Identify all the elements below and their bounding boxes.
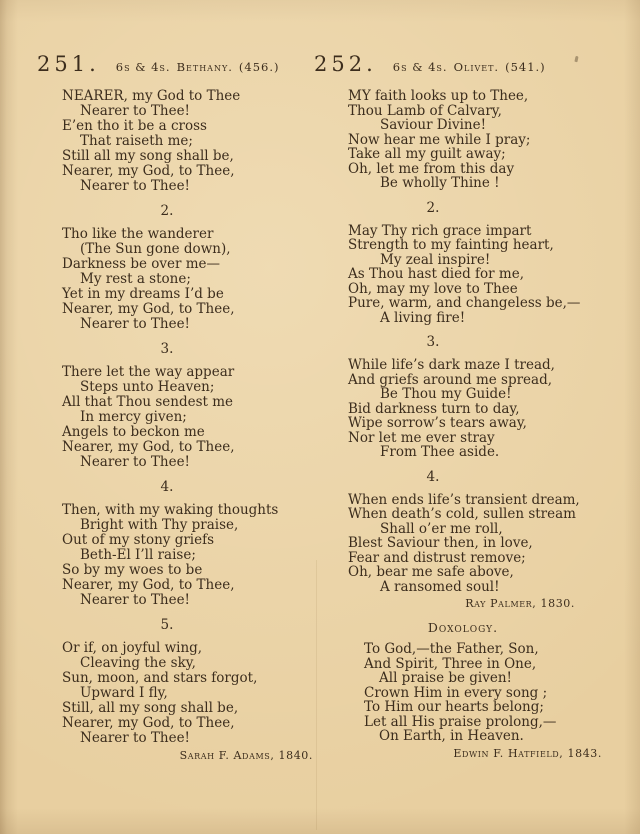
- verse-line: There let the way appear: [62, 365, 321, 380]
- verse-line: Blest Saviour then, in love,: [348, 536, 620, 551]
- doxology-line: To God,—the Father, Son,: [364, 642, 620, 657]
- verse-line: My rest a stone;: [62, 272, 321, 287]
- verse-number: 3.: [62, 342, 272, 357]
- doxology-lines: To God,—the Father, Son,And Spirit, Thre…: [314, 642, 620, 744]
- verse-number: 2.: [62, 204, 272, 219]
- tune-reference: (456.): [239, 60, 280, 74]
- verse-line: Darkness be over me—: [62, 257, 321, 272]
- verse-line: Out of my stony griefs: [62, 533, 321, 548]
- verse-line: A living fire!: [348, 311, 620, 326]
- doxology-attribution: Edwin F. Hatfield, 1843.: [314, 747, 620, 760]
- tune-name: Olivet.: [454, 60, 500, 74]
- verse-line: NEARER, my God to Thee: [62, 89, 321, 104]
- hymn-column-left: 251.6s & 4s.Bethany.(456.) NEARER, my Go…: [37, 52, 321, 762]
- verse-line: Bright with Thy praise,: [62, 518, 321, 533]
- verse-line: Wipe sorrow’s tears away,: [348, 416, 620, 431]
- hymn-column-right: 252.6s & 4s.Olivet.(541.) MY faith looks…: [314, 52, 620, 760]
- verse-line: Nearer, my God, to Thee,: [62, 164, 321, 179]
- verse-line: May Thy rich grace impart: [348, 224, 620, 239]
- verse-line: Nearer to Thee!: [62, 731, 321, 746]
- doxology-line: All praise be given!: [364, 671, 620, 686]
- tune-reference: (541.): [505, 60, 546, 74]
- verse: When ends life’s transient dream,When de…: [348, 493, 620, 595]
- verse-line: Oh, bear me safe above,: [348, 565, 620, 580]
- verse-line: Fear and distrust remove;: [348, 551, 620, 566]
- verse-line: That raiseth me;: [62, 134, 321, 149]
- verse-line: Upward I fly,: [62, 686, 321, 701]
- verse: Tho like the wanderer(The Sun gone down)…: [62, 227, 321, 332]
- verse-line: A ransomed soul!: [348, 580, 620, 595]
- verse-line: Angels to beckon me: [62, 425, 321, 440]
- verse-number: 5.: [62, 618, 272, 633]
- verse-line: So by my woes to be: [62, 563, 321, 578]
- doxology-line: Let all His praise prolong,—: [364, 715, 620, 730]
- verse-line: While life’s dark maze I tread,: [348, 358, 620, 373]
- hymn-header: 252.6s & 4s.Olivet.(541.): [314, 52, 620, 78]
- verse-line: When death’s cold, sullen stream: [348, 507, 620, 522]
- verse-line: Bid darkness turn to day,: [348, 402, 620, 417]
- verse: May Thy rich grace impartStrength to my …: [348, 224, 620, 326]
- verse-line: Saviour Divine!: [348, 118, 620, 133]
- verse-line: When ends life’s transient dream,: [348, 493, 620, 508]
- verse-line: Nor let me ever stray: [348, 431, 620, 446]
- verses-container: MY faith looks up to Thee,Thou Lamb of C…: [314, 89, 620, 594]
- doxology-line: Crown Him in every song ;: [364, 686, 620, 701]
- verse-line: Thou Lamb of Calvary,: [348, 104, 620, 119]
- verse-line: Nearer to Thee!: [62, 455, 321, 470]
- doxology-line: On Earth, in Heaven.: [364, 729, 620, 744]
- verse-number: 3.: [348, 335, 518, 350]
- verse-line: Nearer to Thee!: [62, 104, 321, 119]
- meter-label: 6s & 4s.: [116, 60, 171, 74]
- verse-line: Tho like the wanderer: [62, 227, 321, 242]
- doxology-line: To Him our hearts belong;: [364, 700, 620, 715]
- doxology-title: Doxology.: [348, 620, 578, 635]
- verse-line: As Thou hast died for me,: [348, 267, 620, 282]
- verse-line: (The Sun gone down),: [62, 242, 321, 257]
- verse-line: Nearer to Thee!: [62, 593, 321, 608]
- verse: There let the way appearSteps unto Heave…: [62, 365, 321, 470]
- author-attribution: Ray Palmer, 1830.: [314, 597, 620, 610]
- verse-line: Pure, warm, and changeless be,—: [348, 296, 620, 311]
- verse-line: Beth-El I’ll raise;: [62, 548, 321, 563]
- verse-line: Still, all my song shall be,: [62, 701, 321, 716]
- verse-line: Yet in my dreams I’d be: [62, 287, 321, 302]
- verse-line: Be Thou my Guide!: [348, 387, 620, 402]
- verse-line: Now hear me while I pray;: [348, 133, 620, 148]
- verse-line: Strength to my fainting heart,: [348, 238, 620, 253]
- verse-line: Or if, on joyful wing,: [62, 641, 321, 656]
- doxology-line: And Spirit, Three in One,: [364, 657, 620, 672]
- hymn-header: 251.6s & 4s.Bethany.(456.): [37, 52, 321, 78]
- verse-line: Nearer to Thee!: [62, 179, 321, 194]
- verse: While life’s dark maze I tread,And grief…: [348, 358, 620, 460]
- meter-label: 6s & 4s.: [393, 60, 448, 74]
- verse-line: Oh, let me from this day: [348, 162, 620, 177]
- verse: MY faith looks up to Thee,Thou Lamb of C…: [348, 89, 620, 191]
- verse-line: Nearer to Thee!: [62, 317, 321, 332]
- verse-line: Nearer, my God, to Thee,: [62, 578, 321, 593]
- verse-number: 4.: [348, 470, 518, 485]
- verse-number: 2.: [348, 201, 518, 216]
- verse-number: 4.: [62, 480, 272, 495]
- verse-line: Oh, may my love to Thee: [348, 282, 620, 297]
- verse-line: Take all my guilt away;: [348, 147, 620, 162]
- verse-line: Nearer, my God, to Thee,: [62, 440, 321, 455]
- verse-line: MY faith looks up to Thee,: [348, 89, 620, 104]
- verse-line: My zeal inspire!: [348, 253, 620, 268]
- page: { "page": { "paper_color": "#e8cfa0", "i…: [0, 0, 640, 834]
- verse-line: Then, with my waking thoughts: [62, 503, 321, 518]
- hymn-number: 252.: [314, 52, 377, 76]
- verse-line: Nearer, my God, to Thee,: [62, 302, 321, 317]
- tune-name: Bethany.: [177, 60, 233, 74]
- verse: NEARER, my God to TheeNearer to Thee!E’e…: [62, 89, 321, 194]
- verse-line: And griefs around me spread,: [348, 373, 620, 388]
- verse-line: Steps unto Heaven;: [62, 380, 321, 395]
- verse: Or if, on joyful wing,Cleaving the sky,S…: [62, 641, 321, 746]
- verse-line: In mercy given;: [62, 410, 321, 425]
- verse: Then, with my waking thoughtsBright with…: [62, 503, 321, 608]
- verse-line: Still all my song shall be,: [62, 149, 321, 164]
- verse-line: Be wholly Thine !: [348, 176, 620, 191]
- verses-container: NEARER, my God to TheeNearer to Thee!E’e…: [37, 89, 321, 746]
- verse-line: Cleaving the sky,: [62, 656, 321, 671]
- verse-line: From Thee aside.: [348, 445, 620, 460]
- verse-line: Sun, moon, and stars forgot,: [62, 671, 321, 686]
- author-attribution: Sarah F. Adams, 1840.: [37, 749, 321, 762]
- verse-line: Nearer, my God, to Thee,: [62, 716, 321, 731]
- hymn-number: 251.: [37, 52, 100, 76]
- verse-line: E’en tho it be a cross: [62, 119, 321, 134]
- verse-line: Shall o’er me roll,: [348, 522, 620, 537]
- doxology-section: Doxology. To God,—the Father, Son,And Sp…: [314, 620, 620, 760]
- verse-line: All that Thou sendest me: [62, 395, 321, 410]
